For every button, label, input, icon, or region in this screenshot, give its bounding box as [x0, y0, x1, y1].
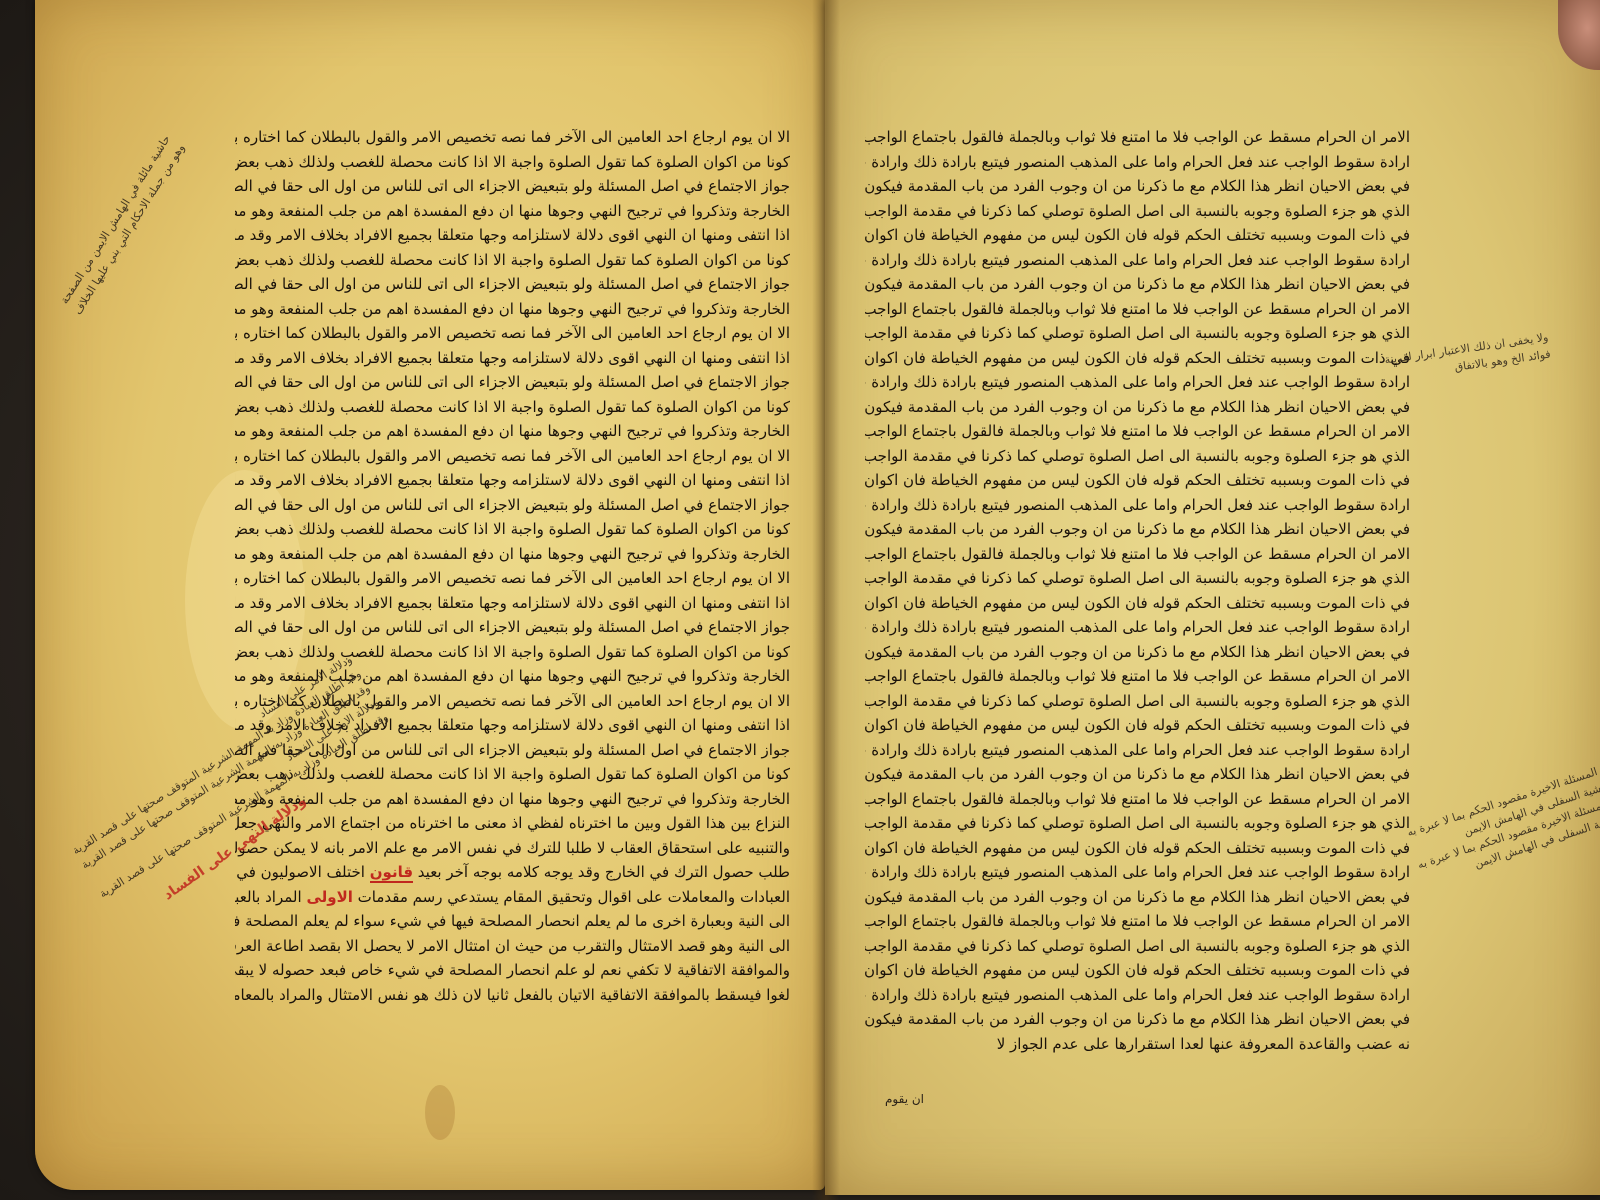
text-line: في ذات الموت وبسببه تختلف الحكم قوله فان… — [865, 223, 1410, 248]
text-line: الذي هو جزء الصلوة وجوبه بالنسبة الى اصل… — [865, 689, 1410, 714]
text-line: في ذات الموت وبسببه تختلف الحكم قوله فان… — [865, 468, 1410, 493]
text-line: في بعض الاحيان انظر هذا الكلام مع ما ذكر… — [865, 640, 1410, 665]
text-fragment: العبادات والمعاملات على اقوال وتحقيق الم… — [353, 888, 790, 906]
text-line: الامر ان الحرام مسقط عن الواجب فلا ما ام… — [865, 125, 1410, 150]
text-line: الخارجة وتذكروا في ترجيح النهي وجوها منه… — [235, 297, 790, 322]
text-line: اذا انتفى ومنها ان النهي اقوى دلالة لاست… — [235, 346, 790, 371]
text-line: الامر ان الحرام مسقط عن الواجب فلا ما ام… — [865, 419, 1410, 444]
text-line: ارادة سقوط الواجب عند فعل الحرام واما عل… — [865, 738, 1410, 763]
text-line: كونا من اكوان الصلوة كما تقول الصلوة واج… — [235, 395, 790, 420]
text-line: كونا من اكوان الصلوة كما تقول الصلوة واج… — [235, 248, 790, 273]
rubric-qanun: قانون — [370, 863, 413, 883]
text-line: ارادة سقوط الواجب عند فعل الحرام واما عل… — [865, 615, 1410, 640]
text-line: كونا من اكوان الصلوة كما تقول الصلوة واج… — [235, 150, 790, 175]
text-line: الذي هو جزء الصلوة وجوبه بالنسبة الى اصل… — [865, 444, 1410, 469]
text-line: في بعض الاحيان انظر هذا الكلام مع ما ذكر… — [865, 272, 1410, 297]
text-line: في بعض الاحيان انظر هذا الكلام مع ما ذكر… — [865, 395, 1410, 420]
text-line: والتنبيه على استحقاق العقاب لا طلبا للتر… — [235, 836, 790, 861]
right-page-text: الامر ان الحرام مسقط عن الواجب فلا ما ام… — [865, 125, 1410, 1056]
text-line: نه عضب والقاعدة المعروفة عنها لعدا استقر… — [865, 1032, 1410, 1057]
text-line: اذا انتفى ومنها ان النهي اقوى دلالة لاست… — [235, 223, 790, 248]
text-line: الذي هو جزء الصلوة وجوبه بالنسبة الى اصل… — [865, 321, 1410, 346]
text-line: جواز الاجتماع في اصل المسئلة ولو بتبعيض … — [235, 615, 790, 640]
text-line: الامر ان الحرام مسقط عن الواجب فلا ما ام… — [865, 664, 1410, 689]
text-line: الذي هو جزء الصلوة وجوبه بالنسبة الى اصل… — [865, 934, 1410, 959]
text-line: في ذات الموت وبسببه تختلف الحكم قوله فان… — [865, 836, 1410, 861]
text-line: اذا انتفى ومنها ان النهي اقوى دلالة لاست… — [235, 468, 790, 493]
text-line: في ذات الموت وبسببه تختلف الحكم قوله فان… — [865, 713, 1410, 738]
text-line: الامر ان الحرام مسقط عن الواجب فلا ما ام… — [865, 297, 1410, 322]
text-line: الى النية وبعبارة اخرى ما لم يعلم انحصار… — [235, 909, 790, 934]
text-line: الخارجة وتذكروا في ترجيح النهي وجوها منه… — [235, 199, 790, 224]
text-line: جواز الاجتماع في اصل المسئلة ولو بتبعيض … — [235, 174, 790, 199]
text-line: الامر ان الحرام مسقط عن الواجب فلا ما ام… — [865, 787, 1410, 812]
text-line: الخارجة وتذكروا في ترجيح النهي وجوها منه… — [235, 542, 790, 567]
text-line: في بعض الاحيان انظر هذا الكلام مع ما ذكر… — [865, 517, 1410, 542]
text-line: الذي هو جزء الصلوة وجوبه بالنسبة الى اصل… — [865, 199, 1410, 224]
text-line: اذا انتفى ومنها ان النهي اقوى دلالة لاست… — [235, 591, 790, 616]
text-line: كونا من اكوان الصلوة كما تقول الصلوة واج… — [235, 640, 790, 665]
text-line: الا ان يوم ارجاع احد العامين الى الآخر ف… — [235, 321, 790, 346]
text-line: جواز الاجتماع في اصل المسئلة ولو بتبعيض … — [235, 370, 790, 395]
text-line: الى النية وهو قصد الامتثال والتقرب من حي… — [235, 934, 790, 959]
book-gutter — [812, 0, 840, 1200]
text-fragment: طلب حصول الترك في الخارج وقد يوجه كلامه … — [413, 863, 790, 881]
catchword: ان يقوم — [885, 1092, 924, 1106]
rubric-first: الاولى — [306, 888, 352, 906]
text-line: النزاع بين هذا القول وبين ما اخترناه لفظ… — [235, 811, 790, 836]
text-line: الخارجة وتذكروا في ترجيح النهي وجوها منه… — [235, 787, 790, 812]
text-line: لغوا فيسقط بالموافقة الاتفاقية الاتيان ب… — [235, 983, 790, 1008]
text-line: ارادة سقوط الواجب عند فعل الحرام واما عل… — [865, 248, 1410, 273]
text-line: ارادة سقوط الواجب عند فعل الحرام واما عل… — [865, 150, 1410, 175]
text-line: في ذات الموت وبسببه تختلف الحكم قوله فان… — [865, 346, 1410, 371]
text-line: والموافقة الاتفاقية لا تكفي نعم لو علم ا… — [235, 958, 790, 983]
text-line: ارادة سقوط الواجب عند فعل الحرام واما عل… — [865, 493, 1410, 518]
text-fragment: اختلف الاصوليون في دلالة النهي على الفسا… — [235, 863, 370, 881]
text-line: في ذات الموت وبسببه تختلف الحكم قوله فان… — [865, 591, 1410, 616]
text-line: في بعض الاحيان انظر هذا الكلام مع ما ذكر… — [865, 762, 1410, 787]
text-line: الا ان يوم ارجاع احد العامين الى الآخر ف… — [235, 566, 790, 591]
text-line: جواز الاجتماع في اصل المسئلة ولو بتبعيض … — [235, 272, 790, 297]
text-line: الامر ان الحرام مسقط عن الواجب فلا ما ام… — [865, 909, 1410, 934]
stain — [425, 1085, 455, 1140]
text-line: الذي هو جزء الصلوة وجوبه بالنسبة الى اصل… — [865, 566, 1410, 591]
text-line: كونا من اكوان الصلوة كما تقول الصلوة واج… — [235, 517, 790, 542]
rubric-line: طلب حصول الترك في الخارج وقد يوجه كلامه … — [235, 860, 790, 885]
text-line: في بعض الاحيان انظر هذا الكلام مع ما ذكر… — [865, 174, 1410, 199]
text-line: الذي هو جزء الصلوة وجوبه بالنسبة الى اصل… — [865, 811, 1410, 836]
text-line: جواز الاجتماع في اصل المسئلة ولو بتبعيض … — [235, 493, 790, 518]
text-fragment: المراد بالعبادات هنا ما احتاج — [235, 888, 306, 906]
text-line: ارادة سقوط الواجب عند فعل الحرام واما عل… — [865, 370, 1410, 395]
text-line: في بعض الاحيان انظر هذا الكلام مع ما ذكر… — [865, 885, 1410, 910]
text-line: الخارجة وتذكروا في ترجيح النهي وجوها منه… — [235, 419, 790, 444]
text-line: الامر ان الحرام مسقط عن الواجب فلا ما ام… — [865, 542, 1410, 567]
text-line: ارادة سقوط الواجب عند فعل الحرام واما عل… — [865, 983, 1410, 1008]
text-line: الا ان يوم ارجاع احد العامين الى الآخر ف… — [235, 444, 790, 469]
text-line: ارادة سقوط الواجب عند فعل الحرام واما عل… — [865, 860, 1410, 885]
rubric-line: العبادات والمعاملات على اقوال وتحقيق الم… — [235, 885, 790, 910]
left-page-text: الا ان يوم ارجاع احد العامين الى الآخر ف… — [235, 125, 790, 1007]
text-line: في ذات الموت وبسببه تختلف الحكم قوله فان… — [865, 958, 1410, 983]
text-line: في بعض الاحيان انظر هذا الكلام مع ما ذكر… — [865, 1007, 1410, 1032]
text-line: الا ان يوم ارجاع احد العامين الى الآخر ف… — [235, 125, 790, 150]
